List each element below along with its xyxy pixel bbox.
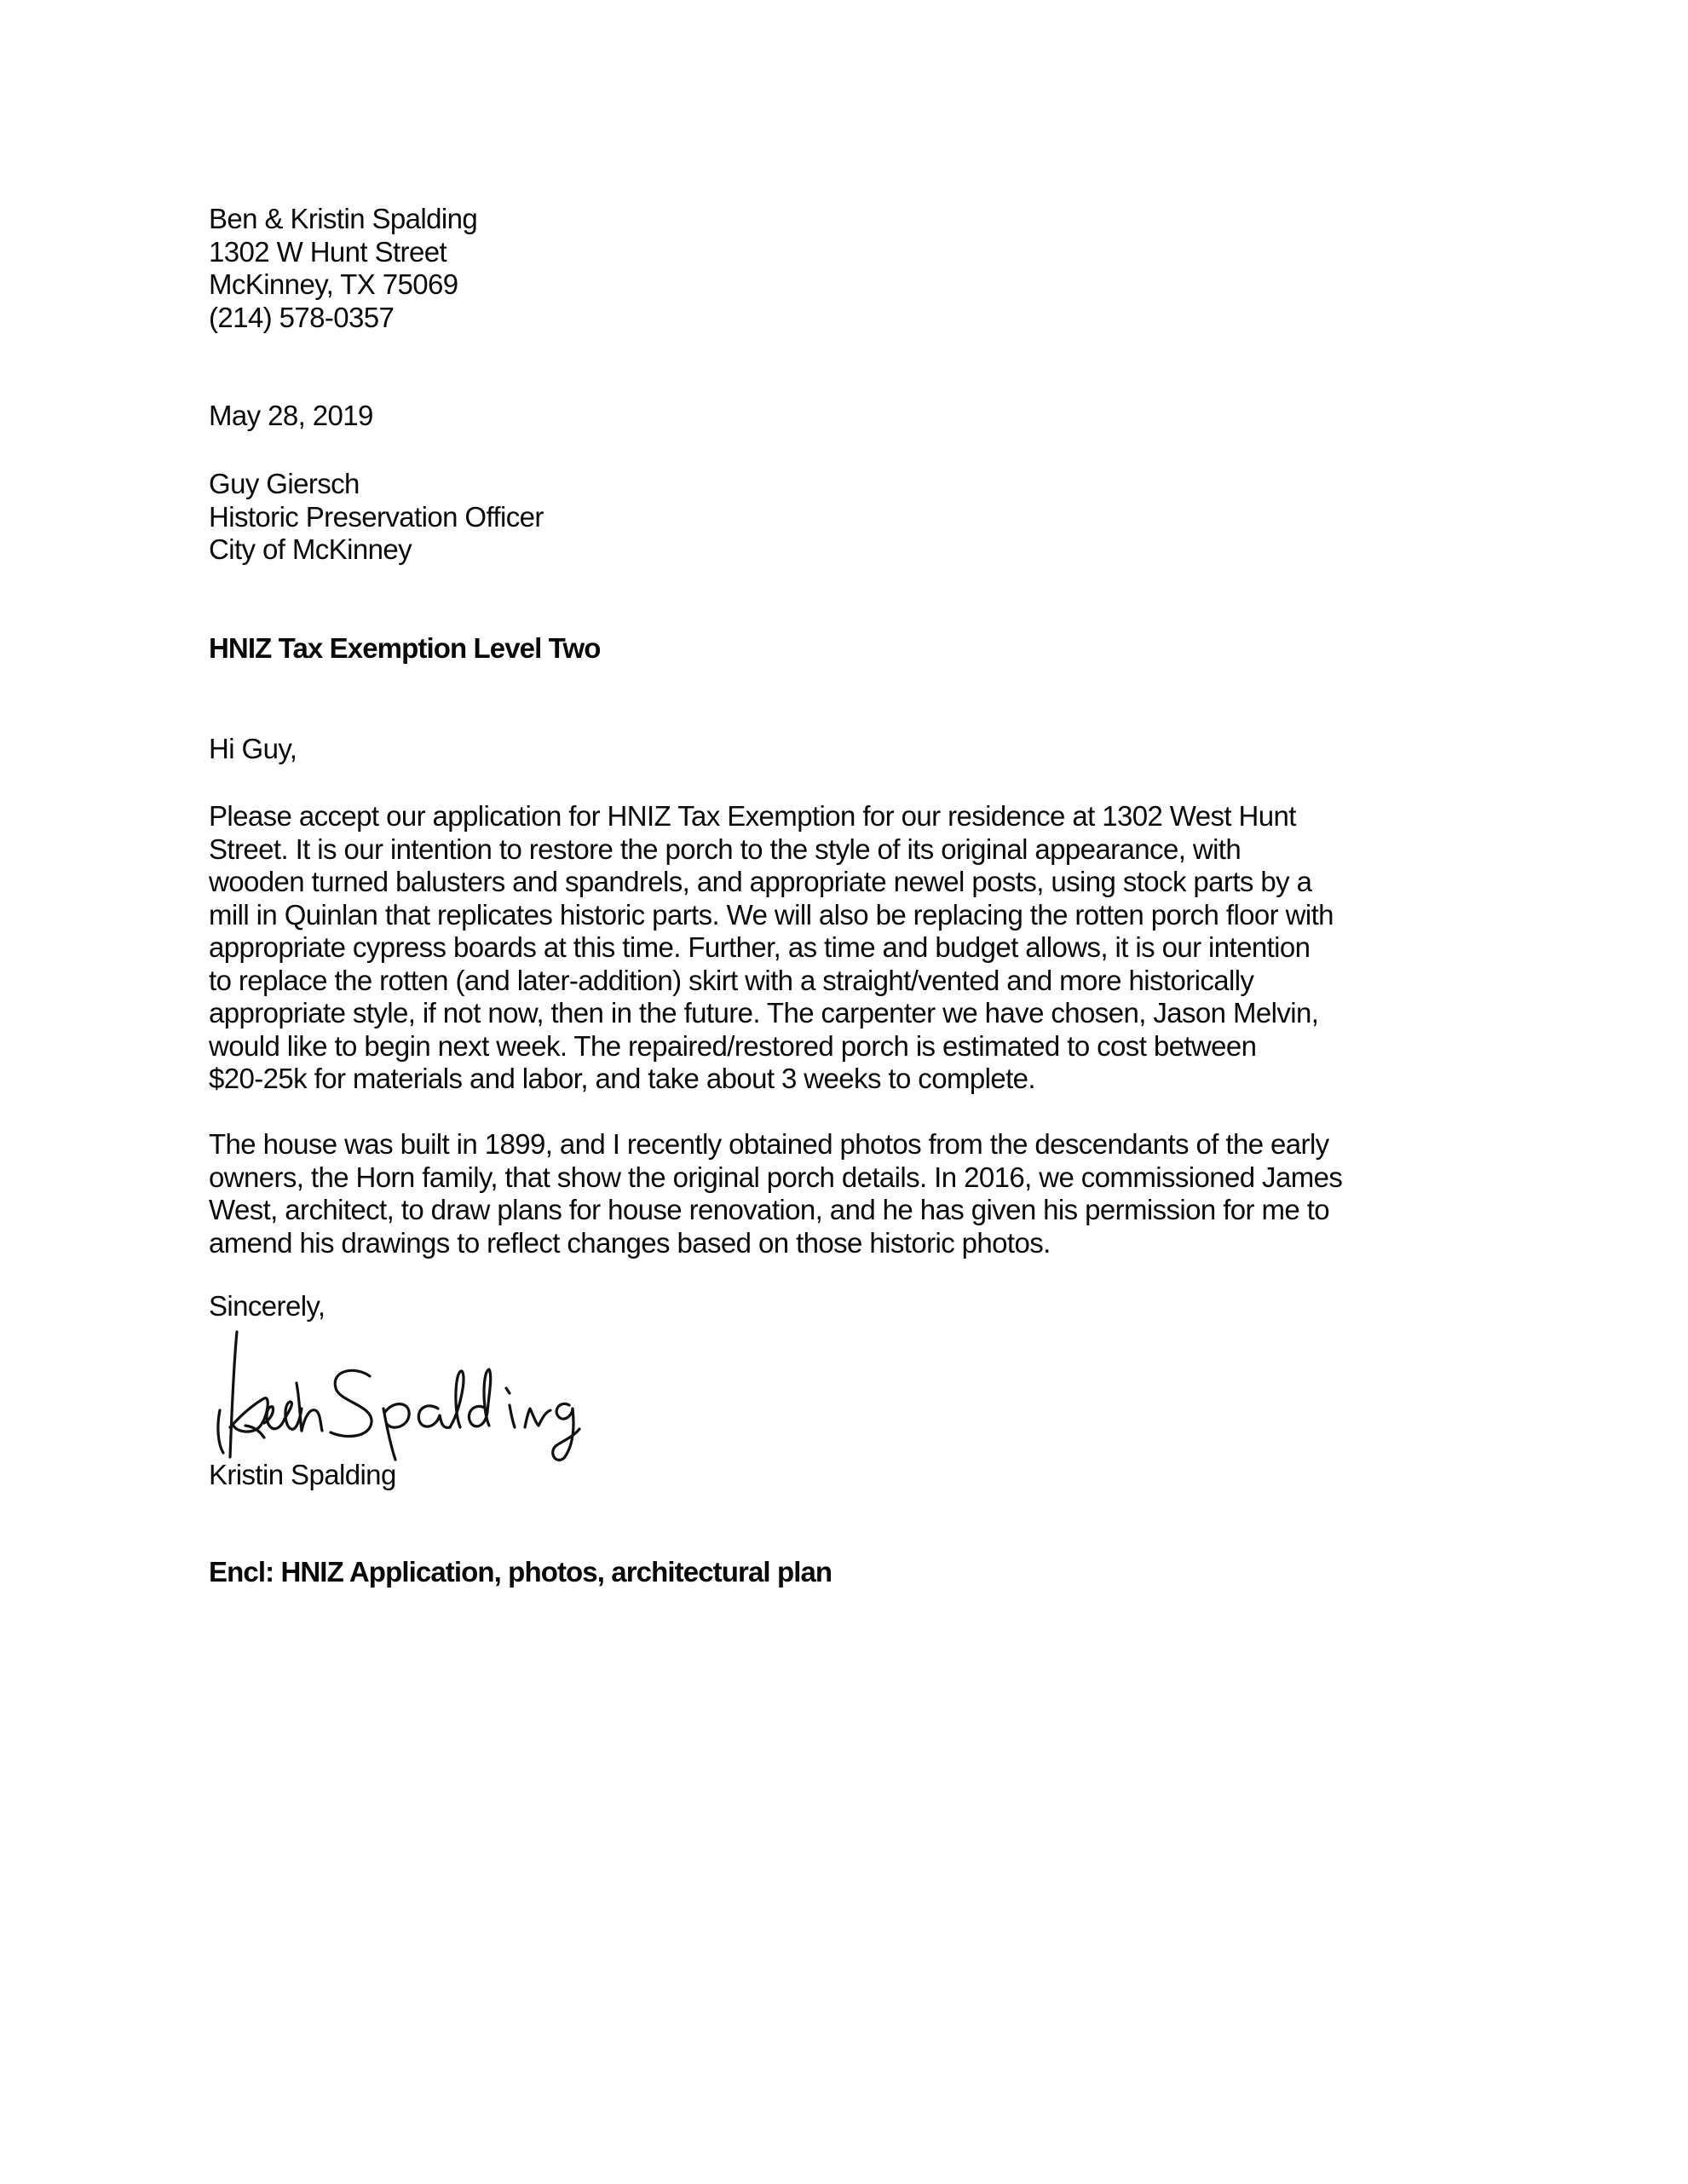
recipient-name: Guy Giersch — [209, 468, 544, 501]
sender-street: 1302 W Hunt Street — [209, 236, 477, 269]
recipient-address-block: Guy Giersch Historic Preservation Office… — [209, 468, 544, 567]
sender-phone: (214) 578-0357 — [209, 302, 477, 335]
sender-city-state-zip: McKinney, TX 75069 — [209, 268, 477, 302]
paragraph-line: $20-25k for materials and labor, and tak… — [209, 1063, 1334, 1096]
greeting-block: Hi Guy, — [209, 733, 297, 766]
sender-name: Ben & Kristin Spalding — [209, 203, 477, 236]
letter-date: May 28, 2019 — [209, 400, 373, 433]
signer-block: Kristin Spalding — [209, 1459, 396, 1492]
paragraph-line: The house was built in 1899, and I recen… — [209, 1128, 1342, 1161]
paragraph-line: to replace the rotten (and later-additio… — [209, 965, 1334, 998]
paragraph-line: mill in Quinlan that replicates historic… — [209, 899, 1334, 932]
letter-date-block: May 28, 2019 — [209, 400, 373, 433]
subject-block: HNIZ Tax Exemption Level Two — [209, 632, 601, 666]
enclosure-block: Encl: HNIZ Application, photos, architec… — [209, 1556, 832, 1589]
enclosure-line: Encl: HNIZ Application, photos, architec… — [209, 1556, 832, 1589]
sender-address-block: Ben & Kristin Spalding 1302 W Hunt Stree… — [209, 203, 477, 334]
paragraph-line: West, architect, to draw plans for house… — [209, 1194, 1342, 1227]
paragraph-line: wooden turned balusters and spandrels, a… — [209, 866, 1334, 899]
paragraph-line: appropriate cypress boards at this time.… — [209, 931, 1334, 965]
recipient-organization: City of McKinney — [209, 533, 544, 567]
paragraph-line: Street. It is our intention to restore t… — [209, 833, 1334, 867]
salutation: Hi Guy, — [209, 733, 297, 766]
paragraph-line: owners, the Horn family, that show the o… — [209, 1161, 1342, 1195]
subject-line: HNIZ Tax Exemption Level Two — [209, 632, 601, 666]
letter-page: Ben & Kristin Spalding 1302 W Hunt Stree… — [0, 0, 1688, 2184]
paragraph-line: amend his drawings to reflect changes ba… — [209, 1227, 1342, 1260]
signer-name: Kristin Spalding — [209, 1459, 396, 1492]
paragraph-line: appropriate style, if not now, then in t… — [209, 997, 1334, 1030]
recipient-title: Historic Preservation Officer — [209, 501, 544, 534]
handwritten-signature — [211, 1317, 612, 1466]
paragraph-line: would like to begin next week. The repai… — [209, 1030, 1334, 1063]
paragraph-line: Please accept our application for HNIZ T… — [209, 800, 1334, 833]
body-paragraph-1: Please accept our application for HNIZ T… — [209, 800, 1334, 1096]
body-paragraph-2: The house was built in 1899, and I recen… — [209, 1128, 1342, 1259]
